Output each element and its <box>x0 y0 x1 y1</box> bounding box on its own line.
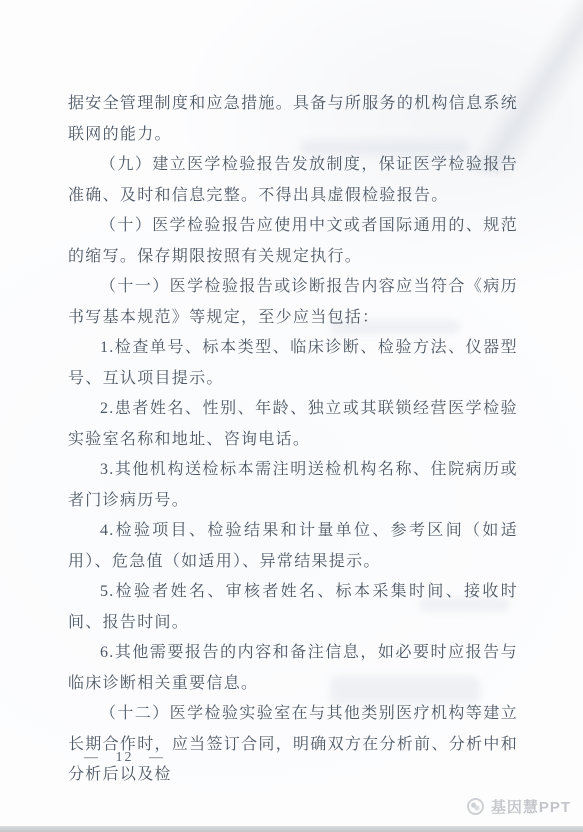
scanned-document-page: 据安全管理制度和应急措施。具备与所服务的机构信息系统联网的能力。 （九）建立医学… <box>0 0 583 832</box>
watermark-logo-icon <box>467 798 484 815</box>
body-paragraph-subitem-2: 2.患者姓名、性别、年龄、独立或其联锁经营医学检验实验室名称和地址、咨询电话。 <box>68 394 518 455</box>
body-paragraph-subitem-6: 6.其他需要报告的内容和备注信息，如必要时应报告与临床诊断相关重要信息。 <box>68 638 518 699</box>
body-paragraph-subitem-3: 3.其他机构送检标本需注明送检机构名称、住院病历或者门诊病历号。 <box>68 455 518 516</box>
watermark: 基因慧PPT <box>467 796 571 817</box>
body-paragraph-subitem-4: 4.检验项目、检验结果和计量单位、参考区间（如适用）、危急值（如适用）、异常结果… <box>68 516 518 577</box>
document-body: 据安全管理制度和应急措施。具备与所服务的机构信息系统联网的能力。 （九）建立医学… <box>68 89 518 791</box>
body-paragraph-item-10: （十）医学检验报告应使用中文或者国际通用的、规范的缩写。保存期限按照有关规定执行… <box>68 211 518 272</box>
body-paragraph-subitem-5: 5.检验者姓名、审核者姓名、标本采集时间、接收时间、报告时间。 <box>68 577 518 638</box>
body-paragraph-item-11: （十一）医学检验报告或诊断报告内容应当符合《病历书写基本规范》等规定，至少应当包… <box>68 272 518 333</box>
body-paragraph-subitem-1: 1.检查单号、标本类型、临床诊断、检验方法、仪器型号、互认项目提示。 <box>68 333 518 394</box>
body-paragraph-continuation: 据安全管理制度和应急措施。具备与所服务的机构信息系统联网的能力。 <box>68 89 518 150</box>
body-paragraph-item-12: （十二）医学检验实验室在与其他类别医疗机构等建立长期合作时，应当签订合同，明确双… <box>68 699 518 791</box>
watermark-text: 基因慧PPT <box>491 796 571 817</box>
body-paragraph-item-9: （九）建立医学检验报告发放制度，保证医学检验报告准确、及时和信息完整。不得出具虚… <box>68 150 518 211</box>
page-number: — 12 — <box>84 750 165 766</box>
scan-edge-bar <box>0 826 583 832</box>
